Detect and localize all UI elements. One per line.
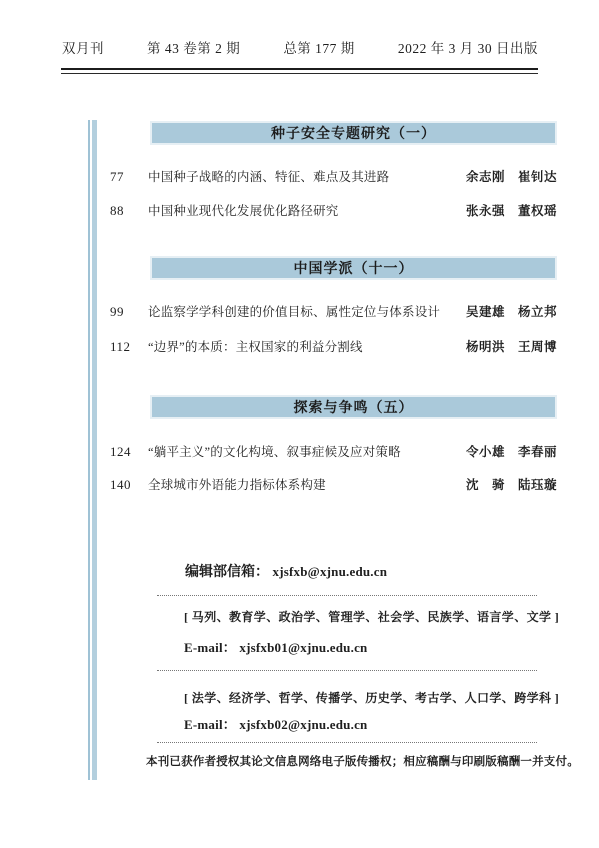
editorial-mailbox-label: 编辑部信箱： bbox=[185, 565, 269, 580]
section-title: 中国学派（十一） bbox=[294, 258, 414, 278]
section-title: 种子安全专题研究（一） bbox=[271, 123, 436, 143]
journal-toc-page: 双月刊 第 43 卷第 2 期 总第 177 期 2022 年 3 月 30 日… bbox=[0, 0, 599, 848]
masthead-total-issue: 总第 177 期 bbox=[283, 37, 355, 57]
masthead-divider-rule bbox=[61, 68, 538, 74]
article-title: 全球城市外语能力指标体系构建 bbox=[148, 475, 466, 493]
left-accent-line-thin bbox=[88, 120, 90, 780]
article-page-number: 124 bbox=[110, 444, 148, 460]
email-label: E-mail： bbox=[184, 640, 236, 655]
toc-article-row: 124 “躺平主义”的文化构境、叙事症候及应对策略 令小雄 李春丽 bbox=[110, 442, 557, 460]
dotted-separator bbox=[157, 670, 537, 671]
email-label: E-mail： bbox=[184, 717, 236, 732]
section-banner-seed-security: 种子安全专题研究（一） bbox=[150, 121, 557, 145]
article-title: 中国种子战略的内涵、特征、难点及其进路 bbox=[148, 167, 466, 185]
article-page-number: 77 bbox=[110, 169, 148, 185]
toc-article-row: 77 中国种子战略的内涵、特征、难点及其进路 余志刚 崔钊达 bbox=[110, 167, 557, 185]
article-page-number: 140 bbox=[110, 477, 148, 493]
masthead-publish-date: 2022 年 3 月 30 日出版 bbox=[398, 37, 538, 57]
article-authors: 沈 骑 陆珏璇 bbox=[466, 475, 557, 493]
article-authors: 杨明洪 王周博 bbox=[466, 337, 557, 355]
toc-article-row: 88 中国种业现代化发展优化路径研究 张永强 董权瑶 bbox=[110, 201, 557, 219]
editorial-mailbox-line: 编辑部信箱： xjsfxb@xjnu.edu.cn bbox=[185, 561, 387, 581]
dotted-separator bbox=[157, 742, 537, 743]
masthead-volume-issue: 第 43 卷第 2 期 bbox=[147, 37, 240, 57]
email-address: xjsfxb01@xjnu.edu.cn bbox=[239, 640, 367, 655]
section-banner-exploration-debate: 探索与争鸣（五） bbox=[150, 395, 557, 419]
mailbox1-email-line: E-mail： xjsfxb01@xjnu.edu.cn bbox=[184, 637, 367, 656]
article-page-number: 88 bbox=[110, 203, 148, 219]
email-address: xjsfxb02@xjnu.edu.cn bbox=[239, 717, 367, 732]
article-authors: 吴建雄 杨立邦 bbox=[466, 302, 557, 320]
mailbox1-disciplines: [ 马列、教育学、政治学、管理学、社会学、民族学、语言学、文学 ] bbox=[184, 608, 559, 625]
toc-article-row: 112 “边界”的本质：主权国家的利益分割线 杨明洪 王周博 bbox=[110, 337, 557, 355]
left-accent-line-thick bbox=[92, 120, 97, 780]
article-title: “边界”的本质：主权国家的利益分割线 bbox=[148, 337, 466, 355]
mailbox2-disciplines: [ 法学、经济学、哲学、传播学、历史学、考古学、人口学、跨学科 ] bbox=[184, 689, 559, 706]
copyright-note: 本刊已获作者授权其论文信息网络电子版传播权；相应稿酬与印刷版稿酬一并支付。 bbox=[146, 753, 546, 769]
article-page-number: 112 bbox=[110, 339, 148, 355]
dotted-separator bbox=[157, 595, 537, 596]
editorial-mailbox-email: xjsfxb@xjnu.edu.cn bbox=[273, 564, 388, 579]
article-title: 论监察学学科创建的价值目标、属性定位与体系设计 bbox=[148, 302, 466, 320]
article-authors: 张永强 董权瑶 bbox=[466, 201, 557, 219]
article-title: “躺平主义”的文化构境、叙事症候及应对策略 bbox=[148, 442, 466, 460]
article-authors: 令小雄 李春丽 bbox=[466, 442, 557, 460]
article-page-number: 99 bbox=[110, 304, 148, 320]
section-title: 探索与争鸣（五） bbox=[294, 397, 414, 417]
article-title: 中国种业现代化发展优化路径研究 bbox=[148, 201, 466, 219]
article-authors: 余志刚 崔钊达 bbox=[466, 167, 557, 185]
section-banner-chinese-school: 中国学派（十一） bbox=[150, 256, 557, 280]
masthead: 双月刊 第 43 卷第 2 期 总第 177 期 2022 年 3 月 30 日… bbox=[62, 37, 538, 57]
toc-article-row: 140 全球城市外语能力指标体系构建 沈 骑 陆珏璇 bbox=[110, 475, 557, 493]
mailbox2-email-line: E-mail： xjsfxb02@xjnu.edu.cn bbox=[184, 714, 367, 733]
toc-article-row: 99 论监察学学科创建的价值目标、属性定位与体系设计 吴建雄 杨立邦 bbox=[110, 302, 557, 320]
masthead-frequency: 双月刊 bbox=[62, 37, 104, 57]
